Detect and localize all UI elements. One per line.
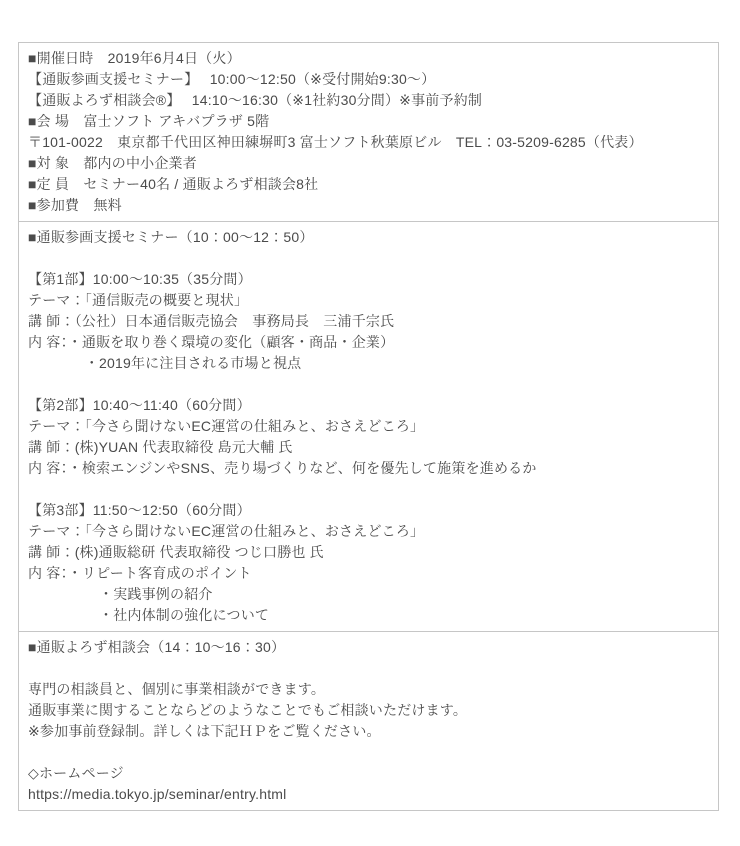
blank-line bbox=[28, 479, 709, 500]
part3-content-3: ・社内体制の強化について bbox=[28, 605, 709, 626]
part2-content-1: 内 容：・検索エンジンやSNS、売り場づくりなど、何を優先して施策を進めるか bbox=[28, 458, 709, 479]
consultation-section: ■通販よろず相談会（14：10～16：30） 専門の相談員と、個別に事業相談がで… bbox=[19, 632, 718, 810]
blank-line bbox=[28, 374, 709, 395]
part1-content-2: ・2019年に注目される市場と視点 bbox=[28, 353, 709, 374]
seminar-info-document: ■開催日時 2019年6月4日（火） 【通販参画支援セミナー】 10:00～12… bbox=[18, 42, 719, 811]
part3-lecturer: 講 師：(株)通販総研 代表取締役 つじ口勝也 氏 bbox=[28, 542, 709, 563]
homepage-url: https://media.tokyo.jp/seminar/entry.htm… bbox=[28, 784, 709, 805]
blank-line bbox=[28, 248, 709, 269]
part2-time: 【第2部】10:40～11:40（60分間） bbox=[28, 395, 709, 416]
venue: ■会 場 富士ソフト アキバプラザ 5階 bbox=[28, 111, 709, 132]
part3-time: 【第3部】11:50～12:50（60分間） bbox=[28, 500, 709, 521]
part1-time: 【第1部】10:00～10:35（35分間） bbox=[28, 269, 709, 290]
consultation-desc-1: 専門の相談員と、個別に事業相談ができます。 bbox=[28, 679, 709, 700]
blank-line bbox=[28, 658, 709, 679]
part1-content-1: 内 容：・通販を取り巻く環境の変化（顧客・商品・企業） bbox=[28, 332, 709, 353]
consultation-desc-2: 通販事業に関することならどのようなことでもご相談いただけます。 bbox=[28, 700, 709, 721]
part1-theme: テーマ：「通信販売の概要と現状」 bbox=[28, 290, 709, 311]
capacity: ■定 員 セミナー40名 / 通販よろず相談会8社 bbox=[28, 174, 709, 195]
part1-lecturer: 講 師：（公社）日本通信販売協会 事務局長 三浦千宗氏 bbox=[28, 311, 709, 332]
part2-lecturer: 講 師：(株)YUAN 代表取締役 島元大輔 氏 bbox=[28, 437, 709, 458]
part3-content-2: ・実践事例の紹介 bbox=[28, 584, 709, 605]
event-datetime: ■開催日時 2019年6月4日（火） bbox=[28, 48, 709, 69]
seminar-time: 【通販参画支援セミナー】 10:00～12:50（※受付開始9:30～） bbox=[28, 69, 709, 90]
blank-line bbox=[28, 742, 709, 763]
seminar-section-title: ■通販参画支援セミナー（10：00～12：50） bbox=[28, 227, 709, 248]
participation-fee: ■参加費 無料 bbox=[28, 195, 709, 216]
seminar-program-section: ■通販参画支援セミナー（10：00～12：50） 【第1部】10:00～10:3… bbox=[19, 222, 718, 632]
homepage-label: ◇ホームページ bbox=[28, 763, 709, 784]
part2-theme: テーマ：「今さら聞けないEC運営の仕組みと、おさえどころ」 bbox=[28, 416, 709, 437]
venue-address: 〒101-0022 東京都千代田区神田練塀町3 富士ソフト秋葉原ビル TEL：0… bbox=[28, 132, 709, 153]
event-overview-section: ■開催日時 2019年6月4日（火） 【通販参画支援セミナー】 10:00～12… bbox=[19, 43, 718, 222]
consultation-time: 【通販よろず相談会®】 14:10～16:30（※1社約30分間）※事前予約制 bbox=[28, 90, 709, 111]
part3-theme: テーマ：「今さら聞けないEC運営の仕組みと、おさえどころ」 bbox=[28, 521, 709, 542]
target-audience: ■対 象 都内の中小企業者 bbox=[28, 153, 709, 174]
consultation-section-title: ■通販よろず相談会（14：10～16：30） bbox=[28, 637, 709, 658]
part3-content-1: 内 容：・リピート客育成のポイント bbox=[28, 563, 709, 584]
consultation-note: ※参加事前登録制。詳しくは下記ＨＰをご覧ください。 bbox=[28, 721, 709, 742]
